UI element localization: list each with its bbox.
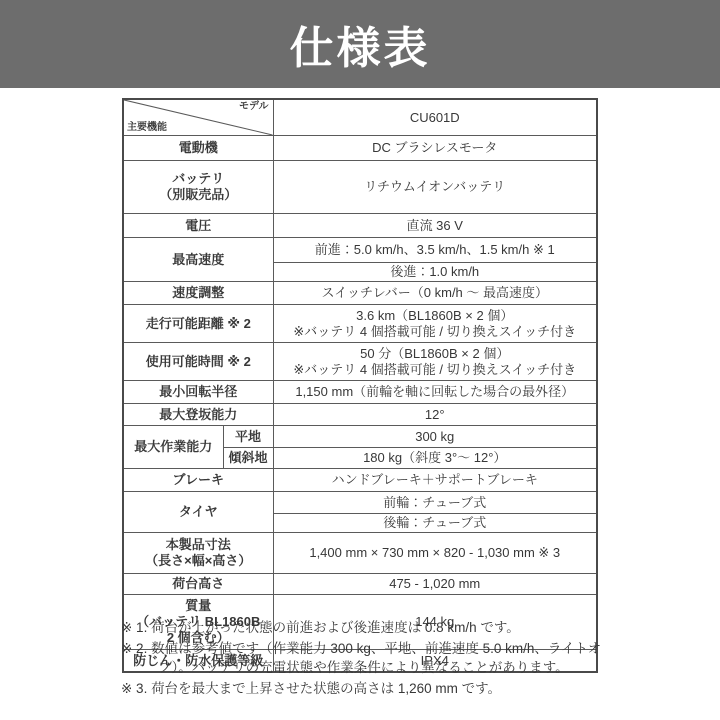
- speed-adjust-label: 速度調整: [123, 282, 273, 305]
- speed-adjust-value: スイッチレバー（0 km/h ～ 最高速度）: [273, 282, 597, 305]
- voltage-value: 直流 36 V: [273, 214, 597, 238]
- battery-label: バッテリ （別販売品）: [123, 161, 273, 214]
- max-climbing-value: 12°: [273, 404, 597, 426]
- work-capacity-label: 最大作業能力: [123, 426, 223, 469]
- max-speed-label: 最高速度: [123, 238, 273, 282]
- footnotes: ※ 1. 荷台が上がった状態の前進および後進速度は 0.8 km/h です。 ※…: [121, 618, 619, 701]
- travel-distance-value-line1: 3.6 km（BL1860B × 2 個）: [277, 308, 594, 324]
- tire-front-value: 前輪：チューブ式: [273, 492, 597, 514]
- weight-label-line1: 質量: [127, 598, 270, 614]
- tire-label: タイヤ: [123, 492, 273, 533]
- brake-label: ブレーキ: [123, 469, 273, 492]
- spec-row-tire-front: タイヤ 前輪：チューブ式: [123, 492, 597, 514]
- spec-row-voltage: 電圧 直流 36 V: [123, 214, 597, 238]
- usable-time-value: 50 分（BL1860B × 2 個） ※バッテリ 4 個搭載可能 / 切り換え…: [273, 343, 597, 381]
- travel-distance-label: 走行可能距離 ※ 2: [123, 305, 273, 343]
- battery-label-line1: バッテリ: [127, 171, 270, 187]
- spec-row-max-climbing: 最大登坂能力 12°: [123, 404, 597, 426]
- dimensions-label: 本製品寸法 （長さ×幅×高さ）: [123, 533, 273, 574]
- footnote-2: ※ 2. 数値は参考値です（作業能力 300 kg、平地、前進速度 5.0 km…: [121, 639, 619, 677]
- spec-row-brake: ブレーキ ハンドブレーキ＋サポートブレーキ: [123, 469, 597, 492]
- bed-height-label: 荷台高さ: [123, 574, 273, 595]
- max-speed-reverse-value: 後進：1.0 km/h: [273, 263, 597, 282]
- travel-distance-value-line2: ※バッテリ 4 個搭載可能 / 切り換えスイッチ付き: [277, 324, 594, 340]
- work-capacity-slope-value: 180 kg（斜度 3°～ 12°）: [273, 448, 597, 469]
- battery-value: リチウムイオンバッテリ: [273, 161, 597, 214]
- footnote-3: ※ 3. 荷台を最大まで上昇させた状態の高さは 1,260 mm です。: [121, 679, 619, 698]
- spec-row-usable-time: 使用可能時間 ※ 2 50 分（BL1860B × 2 個） ※バッテリ 4 個…: [123, 343, 597, 381]
- title-banner: 仕様表: [0, 0, 720, 88]
- spec-row-bed-height: 荷台高さ 475 - 1,020 mm: [123, 574, 597, 595]
- work-capacity-flat-value: 300 kg: [273, 426, 597, 448]
- spec-row-work-capacity-flat: 最大作業能力 平地 300 kg: [123, 426, 597, 448]
- work-capacity-slope-label: 傾斜地: [223, 448, 273, 469]
- dimensions-label-line2: （長さ×幅×高さ）: [127, 553, 270, 569]
- usable-time-value-line2: ※バッテリ 4 個搭載可能 / 切り換えスイッチ付き: [277, 362, 594, 378]
- spec-row-speed-adjust: 速度調整 スイッチレバー（0 km/h ～ 最高速度）: [123, 282, 597, 305]
- header-model-caption: モデル: [239, 101, 269, 113]
- voltage-label: 電圧: [123, 214, 273, 238]
- spec-row-header: モデル 主要機能 CU601D: [123, 99, 597, 136]
- work-capacity-flat-label: 平地: [223, 426, 273, 448]
- max-climbing-label: 最大登坂能力: [123, 404, 273, 426]
- max-speed-forward-value: 前進：5.0 km/h、3.5 km/h、1.5 km/h ※ 1: [273, 238, 597, 263]
- model-number: CU601D: [273, 99, 597, 136]
- usable-time-label: 使用可能時間 ※ 2: [123, 343, 273, 381]
- min-turning-radius-label: 最小回転半径: [123, 381, 273, 404]
- min-turning-radius-value: 1,150 mm（前輪を軸に回転した場合の最外径）: [273, 381, 597, 404]
- dimensions-label-line1: 本製品寸法: [127, 537, 270, 553]
- travel-distance-value: 3.6 km（BL1860B × 2 個） ※バッテリ 4 個搭載可能 / 切り…: [273, 305, 597, 343]
- spec-table: モデル 主要機能 CU601D 電動機 DC ブラシレスモータ バッテリ （別販…: [122, 98, 598, 673]
- motor-label: 電動機: [123, 136, 273, 161]
- spec-row-dimensions: 本製品寸法 （長さ×幅×高さ） 1,400 mm × 730 mm × 820 …: [123, 533, 597, 574]
- page-title: 仕様表: [290, 12, 431, 76]
- usable-time-value-line1: 50 分（BL1860B × 2 個）: [277, 346, 594, 362]
- page: { "page": { "title": "仕様表" }, "colors": …: [0, 0, 720, 720]
- header-function-caption: 主要機能: [127, 122, 167, 134]
- motor-value: DC ブラシレスモータ: [273, 136, 597, 161]
- diagonal-header-cell: モデル 主要機能: [123, 99, 273, 136]
- bed-height-value: 475 - 1,020 mm: [273, 574, 597, 595]
- spec-row-max-speed-forward: 最高速度 前進：5.0 km/h、3.5 km/h、1.5 km/h ※ 1: [123, 238, 597, 263]
- dimensions-value: 1,400 mm × 730 mm × 820 - 1,030 mm ※ 3: [273, 533, 597, 574]
- battery-label-line2: （別販売品）: [127, 187, 270, 203]
- brake-value: ハンドブレーキ＋サポートブレーキ: [273, 469, 597, 492]
- spec-row-motor: 電動機 DC ブラシレスモータ: [123, 136, 597, 161]
- spec-row-min-turning-radius: 最小回転半径 1,150 mm（前輪を軸に回転した場合の最外径）: [123, 381, 597, 404]
- spec-row-travel-distance: 走行可能距離 ※ 2 3.6 km（BL1860B × 2 個） ※バッテリ 4…: [123, 305, 597, 343]
- spec-row-battery: バッテリ （別販売品） リチウムイオンバッテリ: [123, 161, 597, 214]
- footnote-1: ※ 1. 荷台が上がった状態の前進および後進速度は 0.8 km/h です。: [121, 618, 619, 637]
- tire-rear-value: 後輪：チューブ式: [273, 514, 597, 533]
